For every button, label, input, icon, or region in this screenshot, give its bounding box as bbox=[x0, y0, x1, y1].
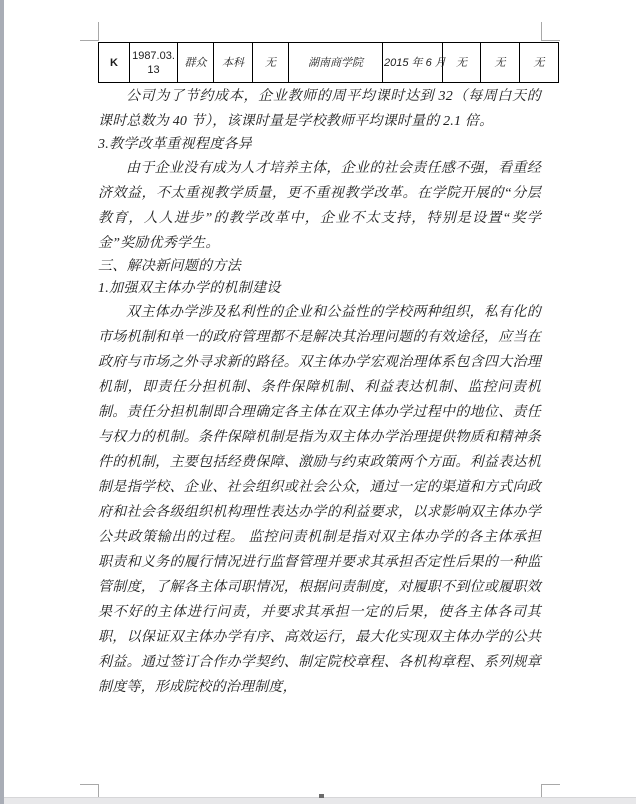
table-cell-political[interactable]: 群众 bbox=[178, 43, 214, 83]
heading-mechanism[interactable]: 1.加强双主体办学的机制建设 bbox=[98, 278, 541, 300]
page-gap-marker bbox=[319, 794, 324, 798]
table-cell-none-1[interactable]: 无 bbox=[253, 43, 289, 83]
paragraph-mechanism[interactable]: 双主体办学涉及私利性的企业和公益性的学校两种组织，私有化的市场机制和单一的政府管… bbox=[98, 300, 541, 700]
table-cell-name[interactable]: K bbox=[99, 43, 130, 83]
page-left-edge bbox=[0, 0, 4, 804]
crop-mark-top-left bbox=[80, 22, 99, 41]
table-cell-school[interactable]: 湖南商学院 bbox=[289, 43, 383, 83]
table-cell-degree[interactable]: 本科 bbox=[214, 43, 253, 83]
paragraph-reform[interactable]: 由于企业没有成为人才培养主体，企业的社会责任感不强，看重经济效益，不太重视教学质… bbox=[98, 156, 541, 256]
table-row: K 1987.03.13 群众 本科 无 湖南商学院 2015 年 6 月 无 … bbox=[99, 43, 559, 83]
data-table: K 1987.03.13 群众 本科 无 湖南商学院 2015 年 6 月 无 … bbox=[98, 42, 559, 83]
table-cell-none-3[interactable]: 无 bbox=[481, 43, 520, 83]
document-page: K 1987.03.13 群众 本科 无 湖南商学院 2015 年 6 月 无 … bbox=[0, 0, 636, 804]
crop-mark-top-right bbox=[541, 22, 560, 41]
table-cell-none-2[interactable]: 无 bbox=[443, 43, 481, 83]
heading-teaching-reform[interactable]: 3.教学改革重视程度各异 bbox=[98, 134, 541, 156]
heading-section-three[interactable]: 三、解决新问题的方法 bbox=[98, 256, 541, 278]
paragraph-cost[interactable]: 公司为了节约成本，企业教师的周平均课时达到 32（每周白天的课时总数为 40 节… bbox=[98, 84, 541, 134]
table-cell-birthdate[interactable]: 1987.03.13 bbox=[130, 43, 178, 83]
table-cell-none-4[interactable]: 无 bbox=[520, 43, 559, 83]
page-bottom-gap bbox=[0, 797, 636, 804]
document-body: 公司为了节约成本，企业教师的周平均课时达到 32（每周白天的课时总数为 40 节… bbox=[98, 84, 541, 700]
table-cell-grad-date[interactable]: 2015 年 6 月 bbox=[383, 43, 443, 83]
